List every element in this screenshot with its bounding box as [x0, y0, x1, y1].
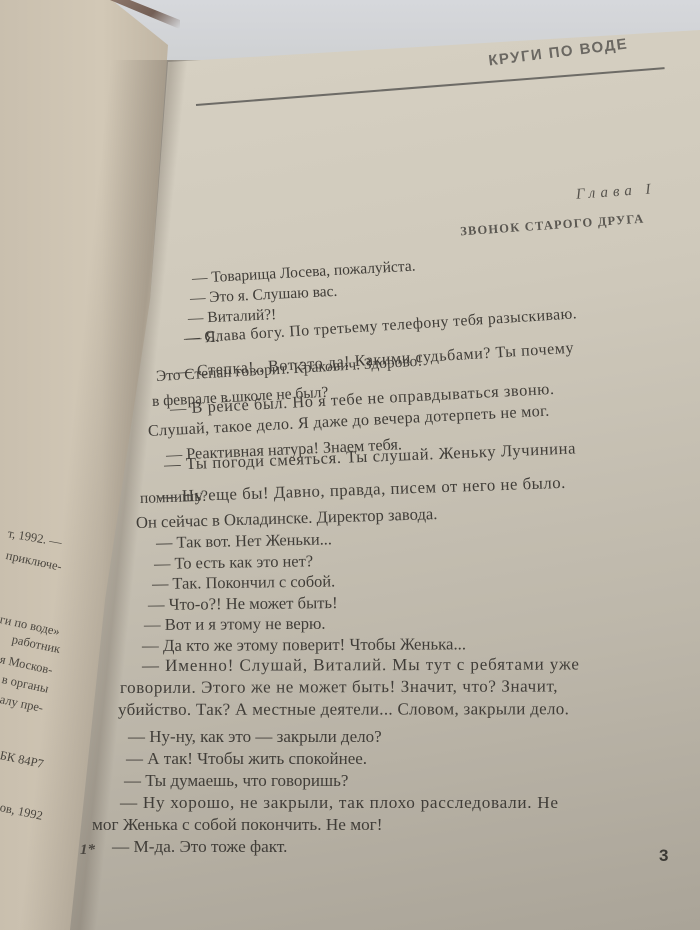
text-line: — М-да. Это тоже факт. [112, 838, 287, 856]
text-line: убийство. Так? А местные деятели... Слов… [118, 700, 569, 719]
text-line: — Ты думаешь, что говоришь? [124, 772, 348, 790]
page-number: 3 [659, 846, 668, 866]
text-line: — А так! Чтобы жить спокойнее. [126, 750, 367, 768]
text-line: — Именно! Слушай, Виталий. Мы тут с ребя… [142, 655, 580, 675]
text-line: — Вот и я этому не верю. [144, 615, 326, 634]
text-line: — Так вот. Нет Женьки... [156, 530, 332, 552]
text-line: — Ну-ну, как это — закрыли дело? [128, 728, 382, 746]
signature-mark: 1* [80, 842, 95, 859]
text-line: — Да кто же этому поверит! Чтобы Женька.… [142, 635, 466, 655]
text-line: говорили. Этого же не может быть! Значит… [120, 677, 558, 697]
text-line: — Ну хорошо, не закрыли, так плохо рассл… [120, 794, 559, 812]
text-line: — Так. Покончил с собой. [152, 572, 335, 593]
text-line: — То есть как это нет? [154, 552, 313, 573]
text-line: — Что-о?! Не может быть! [148, 594, 338, 614]
text-line: мог Женька с собой покончить. Не мог! [92, 816, 382, 834]
